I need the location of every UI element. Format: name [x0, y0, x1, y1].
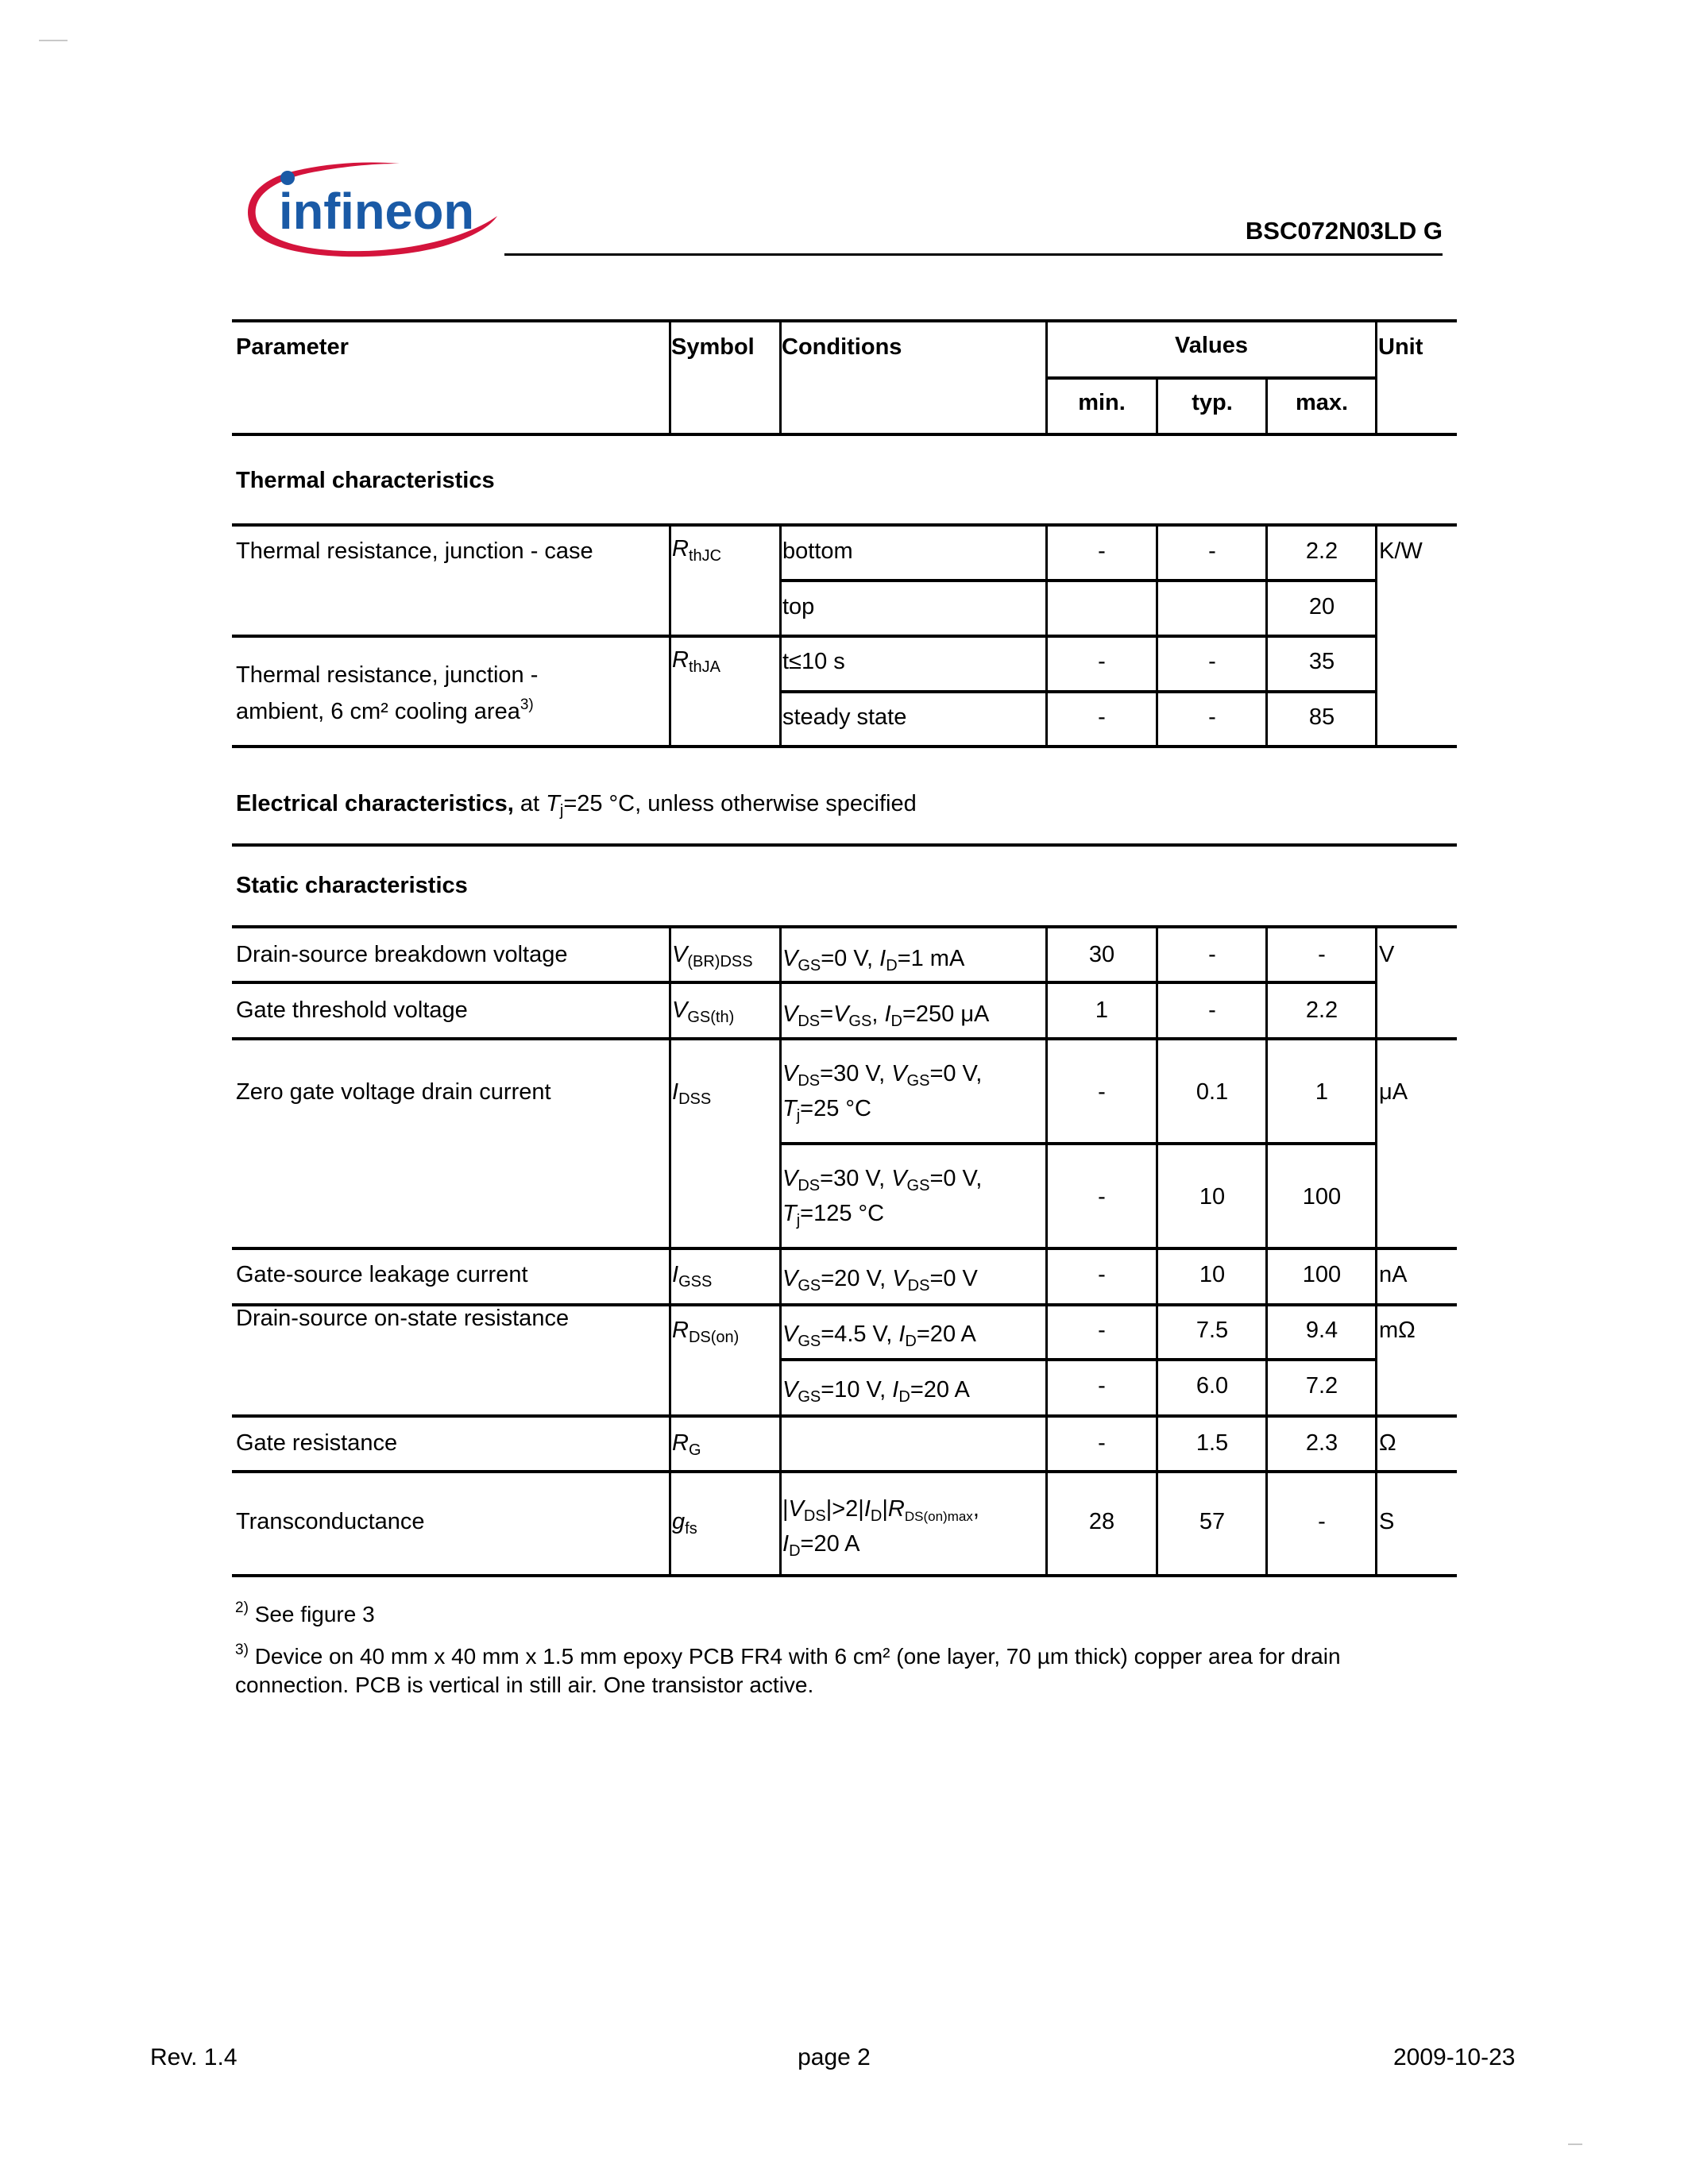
header-conditions: Conditions	[782, 334, 902, 361]
static-param: Gate-source leakage current	[236, 1261, 528, 1288]
cond-steady: steady state	[782, 704, 906, 731]
static-max: 7.2	[1267, 1372, 1377, 1399]
static-unit: S	[1379, 1508, 1394, 1535]
max-bottom: 2.2	[1267, 538, 1377, 565]
static-min: 1	[1047, 997, 1157, 1024]
typ-t10s: -	[1157, 648, 1267, 675]
static-typ: 7.5	[1157, 1317, 1267, 1344]
header-typ: typ.	[1157, 389, 1267, 416]
max-t10s: 35	[1267, 648, 1377, 675]
footnote-2: 2) See figure 3	[235, 1601, 375, 1628]
symbol-rthjc: RthJC	[672, 535, 721, 562]
max-top: 20	[1267, 593, 1377, 620]
static-max: -	[1267, 941, 1377, 968]
static-conditions: VDS=30 V, VGS=0 V,Tj=25 °C	[782, 1056, 982, 1126]
static-conditions: VDS=30 V, VGS=0 V,Tj=125 °C	[782, 1161, 982, 1231]
static-param: Transconductance	[236, 1508, 425, 1535]
part-number: BSC072N03LD G	[1207, 218, 1443, 245]
static-conditions: VGS=10 V, ID=20 A	[782, 1372, 970, 1407]
static-unit: mΩ	[1379, 1317, 1416, 1344]
static-symbol: RG	[672, 1430, 701, 1457]
static-unit: μA	[1379, 1078, 1408, 1106]
static-min: -	[1047, 1317, 1157, 1344]
static-param: Drain-source breakdown voltage	[236, 941, 568, 968]
static-max: 9.4	[1267, 1317, 1377, 1344]
logo-text: infineon	[279, 183, 474, 240]
static-max: 2.2	[1267, 997, 1377, 1024]
static-max: 1	[1267, 1078, 1377, 1106]
static-typ: 10	[1157, 1261, 1267, 1288]
header-values: Values	[1047, 332, 1376, 359]
header-symbol: Symbol	[671, 334, 755, 361]
cond-top: top	[782, 593, 814, 620]
static-symbol: RDS(on)	[672, 1317, 739, 1344]
infineon-logo: infineon	[237, 152, 499, 264]
static-conditions: VDS=VGS, ID=250 μA	[782, 997, 989, 1032]
static-min: -	[1047, 1372, 1157, 1399]
footnote-3: 3) Device on 40 mm x 40 mm x 1.5 mm epox…	[235, 1642, 1341, 1700]
static-min: -	[1047, 1183, 1157, 1210]
param-rthjc: Thermal resistance, junction - case	[236, 538, 593, 565]
static-max: 2.3	[1267, 1430, 1377, 1457]
static-min: 28	[1047, 1508, 1157, 1535]
max-steady: 85	[1267, 704, 1377, 731]
static-typ: 1.5	[1157, 1430, 1267, 1457]
static-symbol: gfs	[672, 1508, 697, 1535]
section-electrical-title: Electrical characteristics, at Tj=25 °C,…	[236, 790, 917, 817]
static-max: -	[1267, 1508, 1377, 1535]
static-min: -	[1047, 1261, 1157, 1288]
cond-t10s: t≤10 s	[782, 648, 845, 675]
static-symbol: IDSS	[672, 1078, 711, 1106]
min-steady: -	[1047, 704, 1157, 731]
static-min: 30	[1047, 941, 1157, 968]
static-param: Gate threshold voltage	[236, 997, 468, 1024]
static-symbol: IGSS	[672, 1261, 712, 1288]
param-rthja: Thermal resistance, junction - ambient, …	[236, 657, 538, 730]
header-unit: Unit	[1378, 334, 1423, 361]
typ-bottom: -	[1157, 538, 1267, 565]
static-unit: nA	[1379, 1261, 1407, 1288]
static-conditions: VGS=4.5 V, ID=20 A	[782, 1317, 976, 1352]
header-min: min.	[1047, 389, 1157, 416]
min-bottom: -	[1047, 538, 1157, 565]
footer-date: 2009-10-23	[1393, 2044, 1515, 2071]
static-typ: 0.1	[1157, 1078, 1267, 1106]
static-max: 100	[1267, 1183, 1377, 1210]
static-min: -	[1047, 1430, 1157, 1457]
static-param: Drain-source on-state resistance	[236, 1305, 569, 1332]
min-t10s: -	[1047, 648, 1157, 675]
footer-revision: Rev. 1.4	[150, 2044, 238, 2071]
static-typ: -	[1157, 997, 1267, 1024]
static-typ: 10	[1157, 1183, 1267, 1210]
watermark-top-left	[39, 40, 68, 41]
static-conditions: VGS=20 V, VDS=0 V	[782, 1261, 978, 1296]
static-typ: 6.0	[1157, 1372, 1267, 1399]
static-typ: -	[1157, 941, 1267, 968]
static-max: 100	[1267, 1261, 1377, 1288]
static-symbol: V(BR)DSS	[672, 941, 753, 968]
symbol-rthja: RthJA	[672, 646, 720, 673]
footnote-ref-3: 3)	[520, 696, 534, 713]
static-min: -	[1047, 1078, 1157, 1106]
header-parameter: Parameter	[236, 334, 349, 361]
static-param: Gate resistance	[236, 1430, 397, 1457]
static-conditions: |VDS|>2|ID|RDS(on)max,ID=20 A	[782, 1491, 979, 1561]
static-conditions: VGS=0 V, ID=1 mA	[782, 941, 964, 976]
watermark-bottom-right	[1568, 2143, 1582, 2145]
section-thermal-title: Thermal characteristics	[236, 467, 495, 494]
header-rule	[504, 253, 1443, 256]
typ-steady: -	[1157, 704, 1267, 731]
static-symbol: VGS(th)	[672, 997, 734, 1024]
footer-page: page 2	[755, 2044, 914, 2071]
static-typ: 57	[1157, 1508, 1267, 1535]
static-unit: Ω	[1379, 1430, 1396, 1457]
static-unit: V	[1379, 941, 1394, 968]
static-param: Zero gate voltage drain current	[236, 1078, 551, 1106]
unit-thermal: K/W	[1379, 538, 1423, 565]
header-max: max.	[1267, 389, 1377, 416]
cond-bottom: bottom	[782, 538, 853, 565]
section-static-title: Static characteristics	[236, 872, 468, 899]
